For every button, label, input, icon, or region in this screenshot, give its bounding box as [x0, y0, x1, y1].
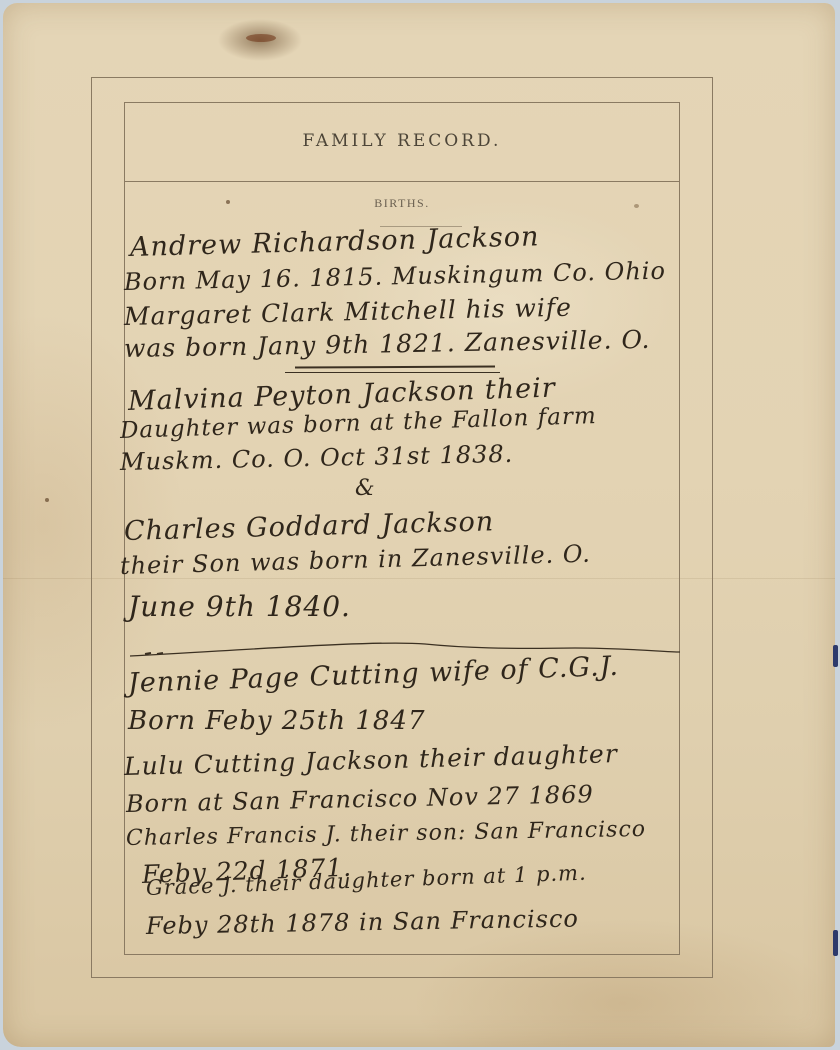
header-divider: [124, 181, 680, 182]
entry-line: Born Feby 25th 1847: [128, 706, 426, 736]
backdrop-edge: [833, 645, 838, 667]
section-heading-births: BIRTHS.: [124, 196, 680, 211]
page-title: FAMILY RECORD.: [124, 131, 680, 151]
double-underline: [285, 372, 500, 373]
backdrop-edge: [833, 930, 838, 956]
ink-speck: [45, 498, 49, 502]
entry-line: June 9th 1840.: [128, 590, 351, 623]
ampersand-connector: &: [355, 476, 376, 501]
rust-stain: [246, 34, 276, 42]
